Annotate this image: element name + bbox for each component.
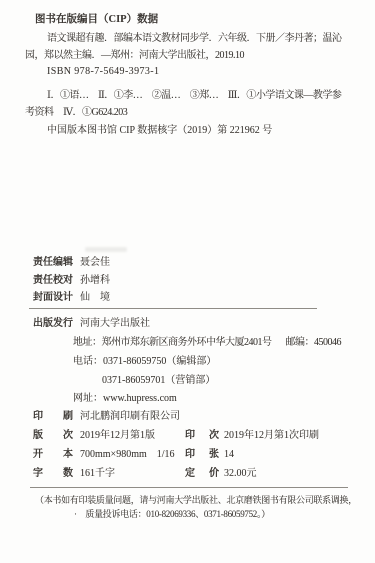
classification-line2: 考资料 Ⅳ．①G624.203 [25, 106, 127, 120]
website-row: 网址：www.hupress.com [73, 392, 177, 406]
price-label: 定 价 [185, 467, 219, 481]
postcode-value: 450046 [314, 337, 341, 348]
proofreader-name: 孙增科 [80, 275, 110, 286]
price-value: 32.00元 [224, 468, 257, 479]
edition-value: 2019年12月第1版 [80, 430, 155, 441]
classification-line1: Ⅰ．①语… Ⅱ．①李… ②温… ③郑… Ⅲ．①小学语文课—教学参 [47, 89, 341, 103]
wordcount-value: 161千字 [80, 468, 115, 479]
address-value: 郑州市郑东新区商务外环中华大厦2401号 [102, 337, 272, 348]
impression-label: 印 次 [185, 429, 219, 443]
cover-designer-label: 封面设计 [33, 291, 73, 305]
staff-row-proofreader: 责任校对孙增科 [33, 274, 110, 288]
quality-notice-line2: · 质量投诉电话：010-82069336、0371-86059752。） [74, 507, 270, 521]
isbn-number: ISBN 978-7-5649-3973-1 [47, 65, 159, 79]
phone-row: 电话：0371-86059750（编辑部） [73, 355, 216, 369]
printer-name: 河北鹏润印刷有限公司 [80, 411, 180, 422]
phone-label: 电话： [73, 356, 103, 367]
impression-value: 2019年12月第1次印刷 [224, 430, 319, 441]
book-copyright-page: 图书在版编目（CIP）数据 语文课超有趣．部编本语文教材同步学．六年级．下册／李… [0, 0, 375, 563]
divider-bottom [30, 487, 348, 488]
website-url: www.hupress.com [103, 393, 177, 404]
cip-description-line2: 园，郑以然主编．—郑州：河南大学出版社，2019.10 [25, 49, 244, 63]
format-value: 700mm×980mm 1/16 [80, 449, 175, 460]
sheets-value: 14 [224, 449, 234, 460]
scan-smudge [85, 247, 127, 252]
publisher-row: 出版发行河南大学出版社 [33, 317, 150, 331]
publisher-label: 出版发行 [33, 317, 73, 331]
website-label: 网址： [73, 393, 103, 404]
staff-row-editor: 责任编辑聂会佳 [33, 256, 110, 270]
proofreader-label: 责任校对 [33, 274, 73, 288]
phone-marketing: 0371-86059701（营销部） [102, 375, 215, 386]
sheets-label: 印 张 [185, 448, 219, 462]
publisher-name: 河南大学出版社 [80, 318, 150, 329]
sheets-cell: 印 张14 [185, 448, 234, 462]
cip-record-number: 中国版本图书馆 CIP 数据核字（2019）第 221962 号 [47, 124, 272, 138]
cip-title: 图书在版编目（CIP）数据 [35, 13, 158, 27]
spec-row-wordcount: 字 数161千字 定 价32.00元 [33, 467, 363, 481]
edition-label: 版 次 [33, 429, 73, 443]
editor-name: 聂会佳 [80, 257, 110, 268]
spec-row-format: 开 本700mm×980mm 1/16 印 张14 [33, 448, 363, 462]
postcode-label: 邮编： [286, 337, 315, 348]
printer-label: 印 刷 [33, 410, 73, 424]
staff-row-cover-designer: 封面设计仙 境 [33, 291, 110, 305]
spec-row-edition: 版 次2019年12月第1版 印 次2019年12月第1次印刷 [33, 429, 363, 443]
impression-cell: 印 次2019年12月第1次印刷 [185, 429, 319, 443]
wordcount-label: 字 数 [33, 467, 73, 481]
quality-notice-line1: （本书如有印装质量问题，请与河南大学出版社、北京磨铁图书有限公司联系调换， [35, 493, 357, 507]
printer-row: 印 刷河北鹏润印刷有限公司 [33, 410, 180, 424]
format-label: 开 本 [33, 448, 73, 462]
address-row: 地址：郑州市郑东新区商务外环中华大厦2401号邮编：450046 [73, 336, 341, 350]
phone-row-2: 0371-86059701（营销部） [102, 374, 215, 388]
cip-description-line1: 语文课超有趣．部编本语文教材同步学．六年级．下册／李丹著；温沁 [47, 32, 342, 46]
price-cell: 定 价32.00元 [185, 467, 257, 481]
address-label: 地址： [73, 337, 102, 348]
editor-label: 责任编辑 [33, 256, 73, 270]
divider-top [29, 308, 317, 309]
phone-editorial: 0371-86059750（编辑部） [103, 356, 216, 367]
cover-designer-name: 仙 境 [80, 292, 110, 303]
